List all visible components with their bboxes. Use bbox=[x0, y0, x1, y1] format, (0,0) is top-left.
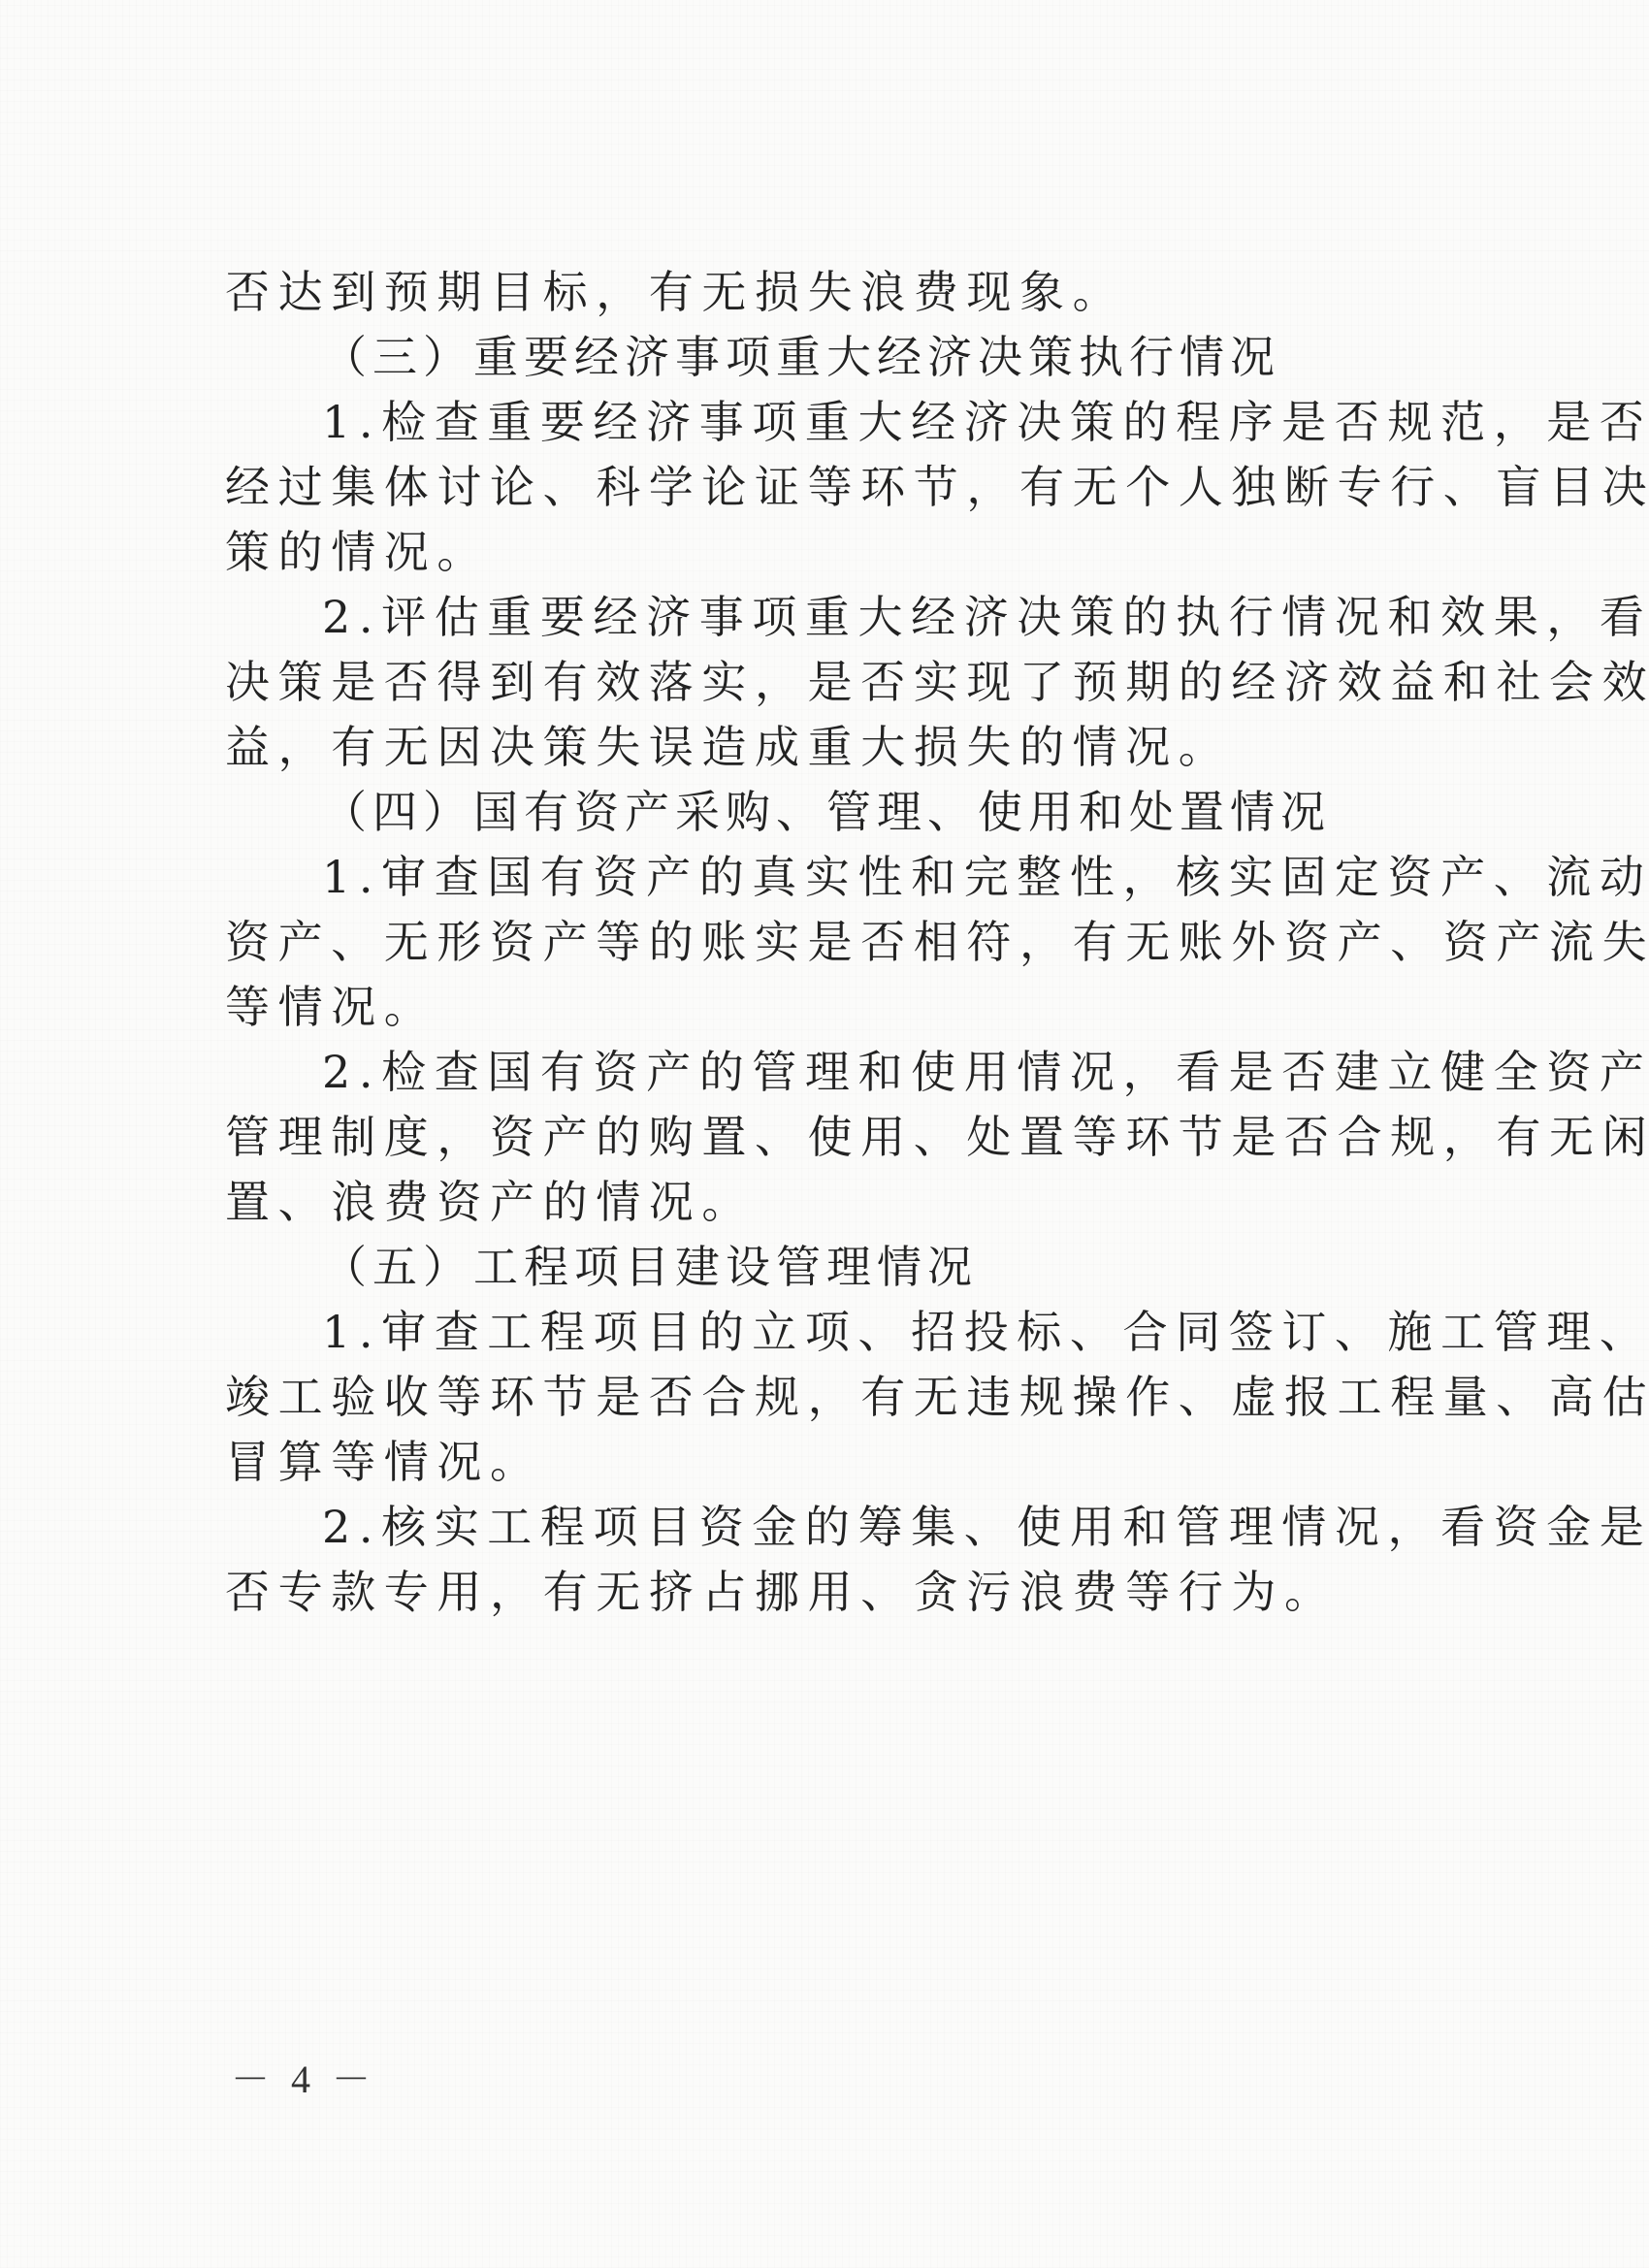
body-text-line: 竣工验收等环节是否合规，有无违规操作、虚报工程量、高估 bbox=[225, 1365, 1405, 1430]
section-heading-3: （三）重要经济事项重大经济决策执行情况 bbox=[225, 325, 1405, 390]
body-text-line: 管理制度，资产的购置、使用、处置等环节是否合规，有无闲 bbox=[225, 1105, 1405, 1170]
body-text-line: 资产、无形资产等的账实是否相符，有无账外资产、资产流失 bbox=[225, 910, 1405, 975]
body-text-line: 否专款专用，有无挤占挪用、贪污浪费等行为。 bbox=[225, 1560, 1405, 1625]
body-text-line: 策的情况。 bbox=[225, 520, 1405, 585]
section-heading-5: （五）工程项目建设管理情况 bbox=[225, 1235, 1405, 1300]
paragraph-start: 1.检查重要经济事项重大经济决策的程序是否规范，是否 bbox=[225, 390, 1405, 455]
body-text-line: 否达到预期目标，有无损失浪费现象。 bbox=[225, 260, 1405, 325]
paragraph-start: 1.审查工程项目的立项、招投标、合同签订、施工管理、 bbox=[225, 1300, 1405, 1365]
body-text-line: 益，有无因决策失误造成重大损失的情况。 bbox=[225, 715, 1405, 780]
body-text-line: 经过集体讨论、科学论证等环节，有无个人独断专行、盲目决 bbox=[225, 455, 1405, 520]
body-text-line: 等情况。 bbox=[225, 975, 1405, 1040]
body-text-line: 置、浪费资产的情况。 bbox=[225, 1170, 1405, 1235]
paragraph-start: 2.评估重要经济事项重大经济决策的执行情况和效果，看 bbox=[225, 585, 1405, 650]
section-heading-4: （四）国有资产采购、管理、使用和处置情况 bbox=[225, 780, 1405, 845]
body-text-line: 决策是否得到有效落实，是否实现了预期的经济效益和社会效 bbox=[225, 650, 1405, 715]
paragraph-start: 2.检查国有资产的管理和使用情况，看是否建立健全资产 bbox=[225, 1040, 1405, 1105]
paragraph-start: 2.核实工程项目资金的筹集、使用和管理情况，看资金是 bbox=[225, 1495, 1405, 1560]
page-number: － 4 － bbox=[231, 2049, 376, 2104]
paragraph-start: 1.审查国有资产的真实性和完整性，核实固定资产、流动 bbox=[225, 845, 1405, 910]
body-text-line: 冒算等情况。 bbox=[225, 1430, 1405, 1495]
document-body: 否达到预期目标，有无损失浪费现象。 （三）重要经济事项重大经济决策执行情况 1.… bbox=[225, 260, 1405, 1625]
